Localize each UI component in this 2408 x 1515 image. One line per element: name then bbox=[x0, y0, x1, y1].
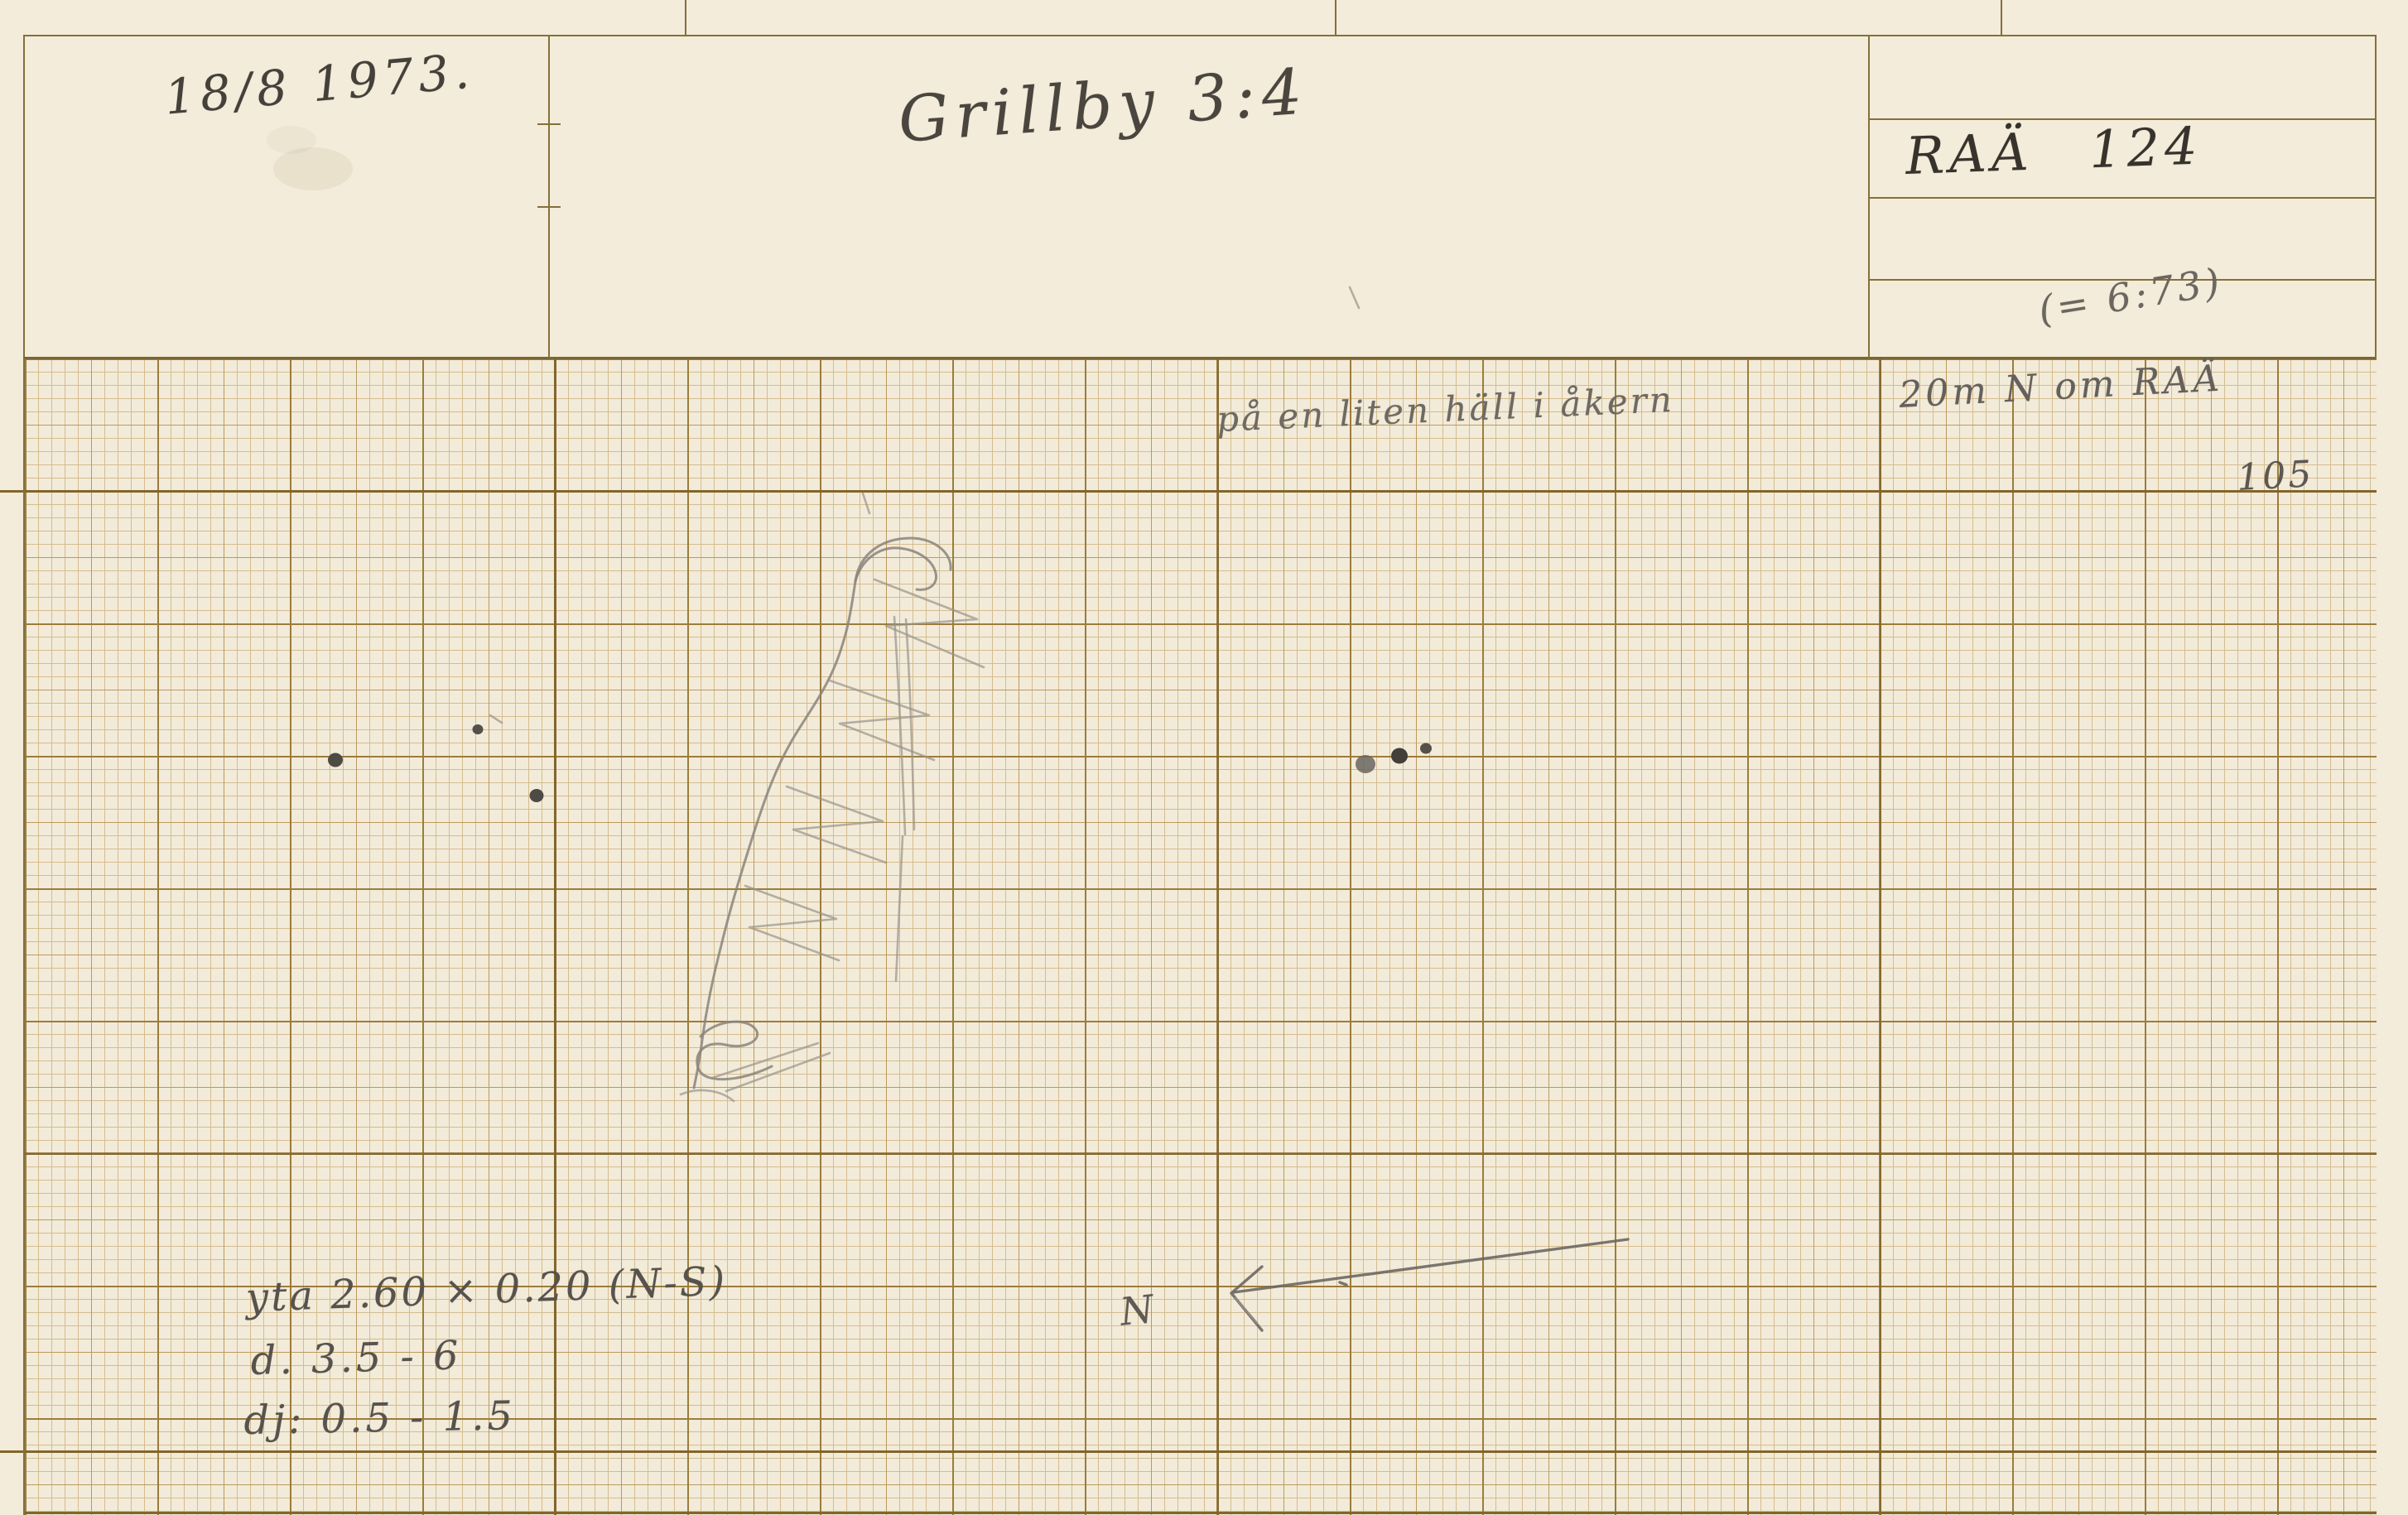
scanned-field-sketch-sheet: 18/8 1973. Grillby 3:4 RAÄ 124 (= 6:73) … bbox=[0, 0, 2408, 1515]
pencil-sketch-layer bbox=[0, 0, 2408, 1515]
north-arrow bbox=[1231, 1239, 1628, 1330]
groove-outline-sketch bbox=[490, 287, 1359, 1101]
cup-mark-dots-right bbox=[1356, 743, 1432, 774]
cup-mark-dots-left bbox=[328, 724, 544, 802]
